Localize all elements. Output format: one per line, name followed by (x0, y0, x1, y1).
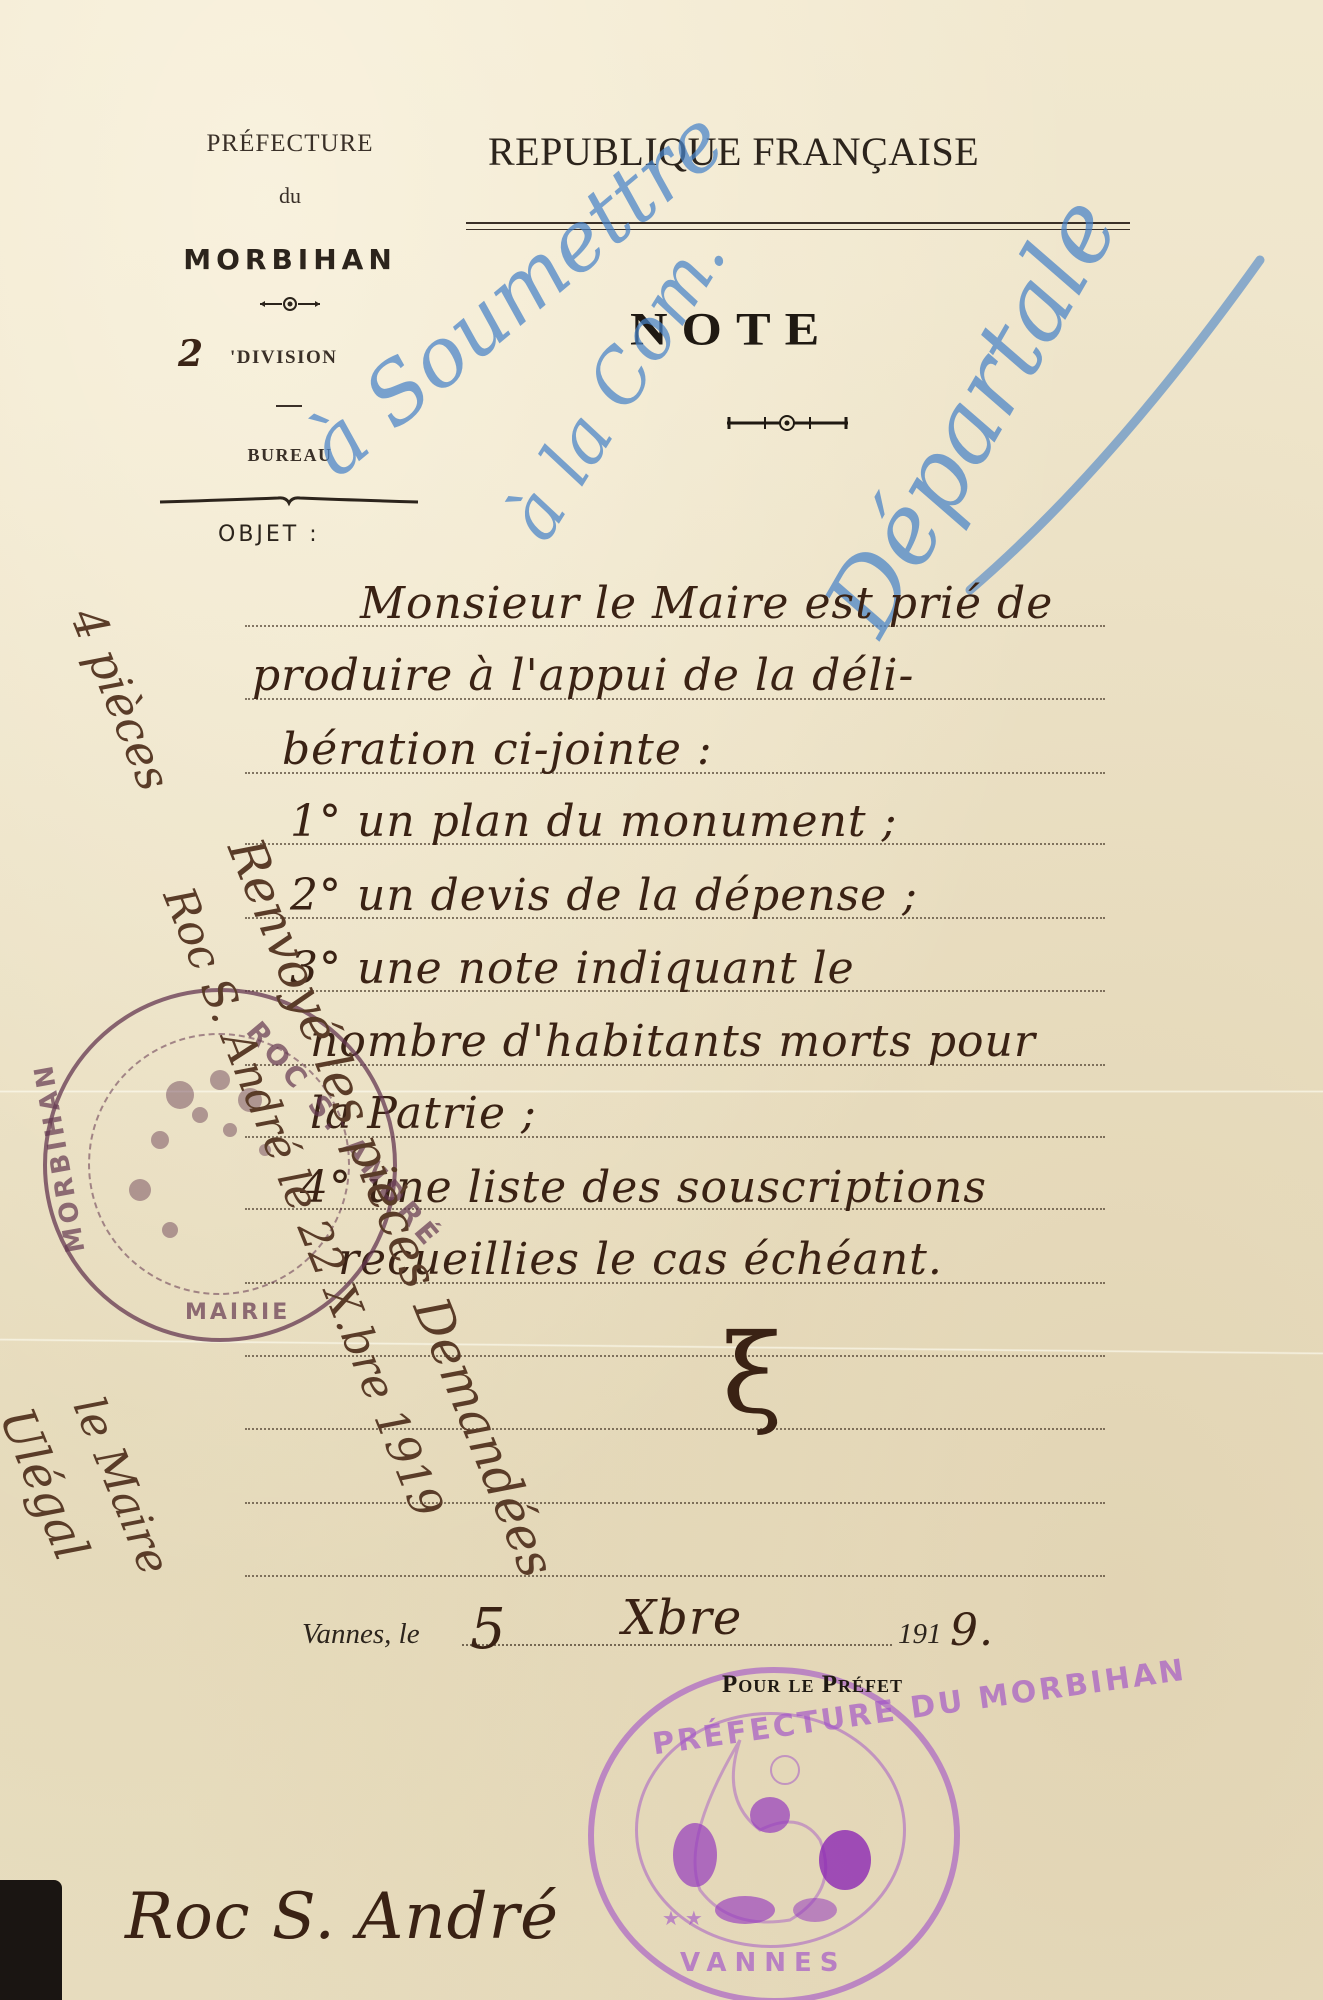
header-department: MORBIHAN (160, 243, 420, 276)
body-line-2: produire à l'appui de la déli- (252, 650, 914, 701)
blue-crayon-stroke (960, 240, 1280, 600)
date-year-printed: 191 (898, 1618, 942, 1651)
ornament-bar-icon (725, 413, 850, 433)
svg-text:★ ★: ★ ★ (662, 1908, 703, 1930)
body-line-6: 3° une note indiquant le (290, 943, 855, 994)
swash-divider-icon (158, 494, 420, 508)
date-month-handwritten: Xbre (622, 1590, 742, 1646)
body-line-4: 1° un plan du monument ; (290, 796, 897, 847)
margin-note-pieces: 4 pièces (60, 600, 182, 798)
dotted-writing-line (245, 1502, 1105, 1504)
header-divider-dash (276, 405, 302, 407)
commune-name-handwritten: Roc S. André (125, 1880, 559, 1954)
prefecture-stamp-text-bottom: VANNES (680, 1948, 847, 1978)
date-place-prefix: Vannes, le (302, 1618, 420, 1651)
body-line-1: Monsieur le Maire est prié de (360, 578, 1053, 629)
signature-label: Pour le Préfet (722, 1671, 903, 1699)
body-line-5: 2° un devis de la dépense ; (290, 870, 918, 921)
closing-flourish: ξ (722, 1310, 784, 1438)
body-line-3: bération ci-jointe : (282, 724, 713, 775)
header-du: du (180, 183, 400, 209)
marianne-seal-icon: ★ ★ (640, 1720, 900, 1950)
header-prefecture: PRÉFECTURE (180, 130, 400, 158)
date-day-handwritten: 5 (470, 1597, 507, 1662)
body-line-7: nombre d'habitants morts pour (310, 1016, 1036, 1067)
ornament-flower-icon (258, 296, 322, 312)
division-number-handwritten: 2 (178, 333, 203, 375)
scan-edge-shadow (0, 1880, 62, 2000)
mairie-stamp-text-bottom: MAIRIE (185, 1300, 290, 1325)
date-year-handwritten: 9. (950, 1605, 994, 1656)
header-division: 'DIVISION (230, 347, 337, 369)
objet-label: OBJET : (218, 522, 320, 547)
dotted-writing-line (245, 1575, 1105, 1577)
